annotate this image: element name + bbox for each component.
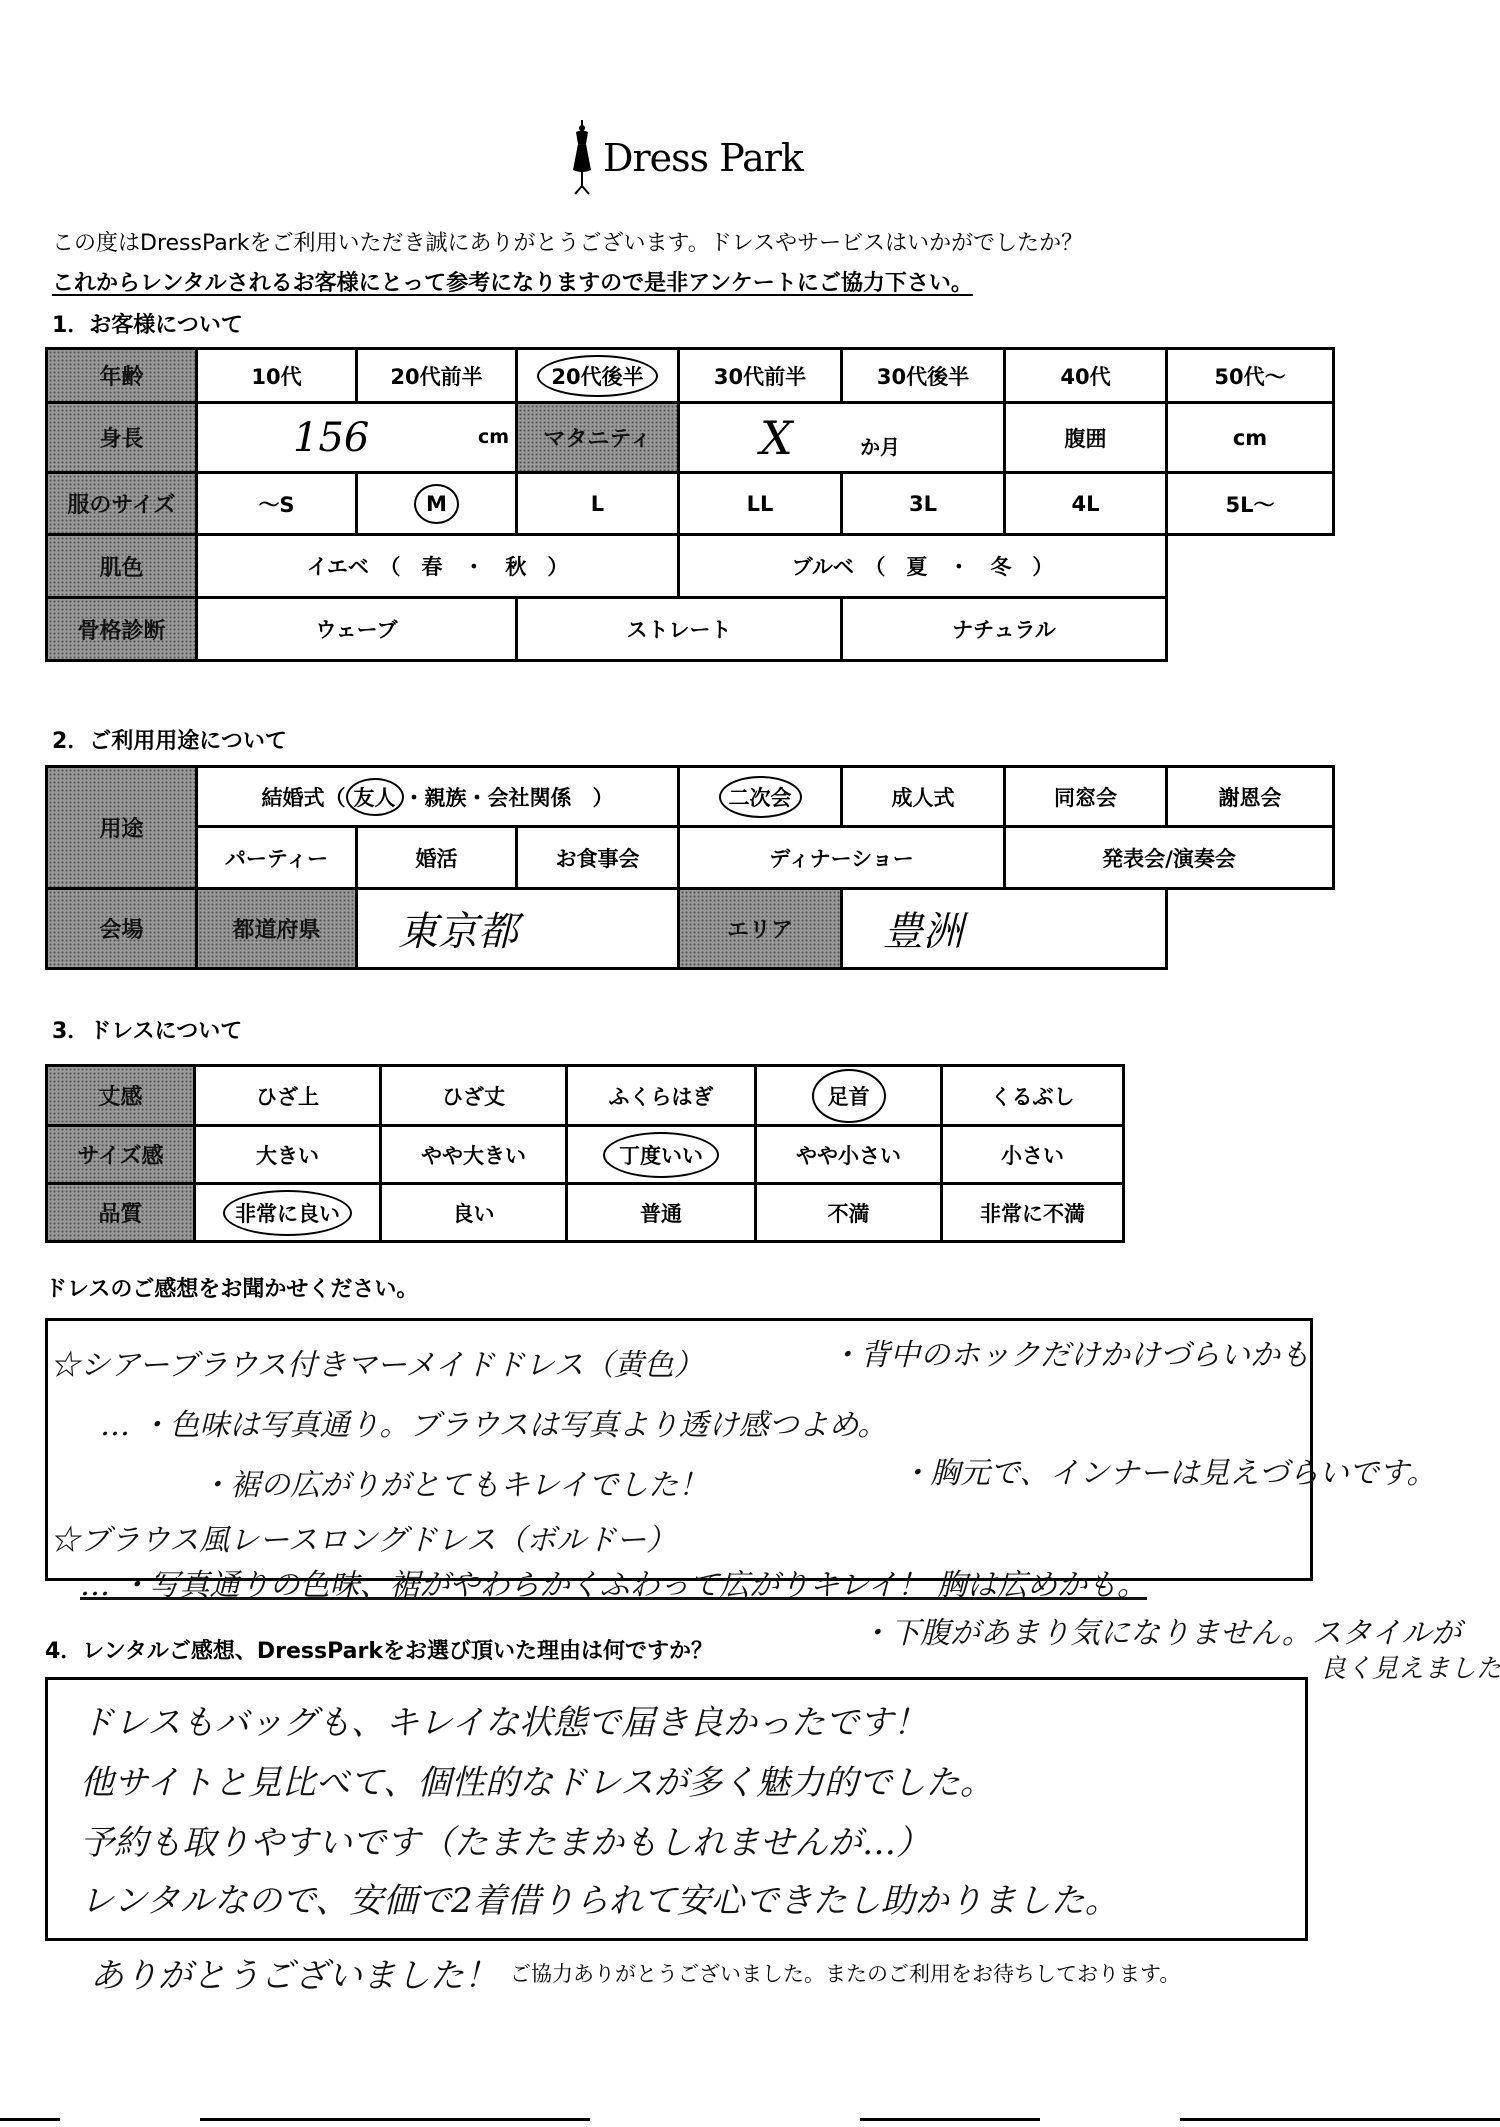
purpose-option-dinner-show[interactable]: ディナーショー	[679, 827, 1005, 889]
handwritten-thanks: ありがとうございました！	[90, 1948, 498, 1997]
selected-circle: 20代後半	[537, 355, 657, 397]
skeleton-option-straight[interactable]: ストレート	[517, 598, 842, 661]
waist-unit: cm	[1233, 426, 1267, 450]
usage-table: 用途 結婚式（友人・親族・会社関係 ） 二次会 成人式 同窓会 謝恩会 パーティ…	[45, 765, 1335, 970]
age-option-10s[interactable]: 10代	[197, 349, 357, 403]
size-option-5l[interactable]: 5L～	[1167, 473, 1334, 535]
scan-edge-line	[860, 2118, 1040, 2121]
quality-label: 品質	[47, 1184, 195, 1242]
request-text: これからレンタルされるお客様にとって参考になりますので是非アンケートにご協力下さ…	[52, 266, 973, 297]
section2-title: 2．ご利用用途について	[52, 724, 287, 755]
purpose-row-2: パーティー 婚活 お食事会 ディナーショー 発表会/演奏会	[47, 827, 1334, 889]
age-option-late-20s[interactable]: 20代後半	[517, 349, 679, 403]
quality-option-average[interactable]: 普通	[567, 1184, 756, 1242]
height-row: 身長 156 cm マタニティ X か月 腹囲 cm	[47, 403, 1334, 473]
section4-title: 4．レンタルご感想、DressParkをお選び頂いた理由は何ですか？	[45, 1634, 713, 1665]
height-label: 身長	[47, 403, 197, 473]
size-option-4l[interactable]: 4L	[1005, 473, 1167, 535]
quality-option-dissatisfied[interactable]: 不満	[756, 1184, 942, 1242]
fit-option-large[interactable]: 大きい	[195, 1126, 381, 1184]
skin-option-blue-base[interactable]: ブルベ （ 夏 ・ 冬 ）	[679, 535, 1167, 598]
answer-line: ドレスもバッグも、キレイな状態で届き良かったです！	[80, 1695, 927, 1744]
age-option-40s[interactable]: 40代	[1005, 349, 1167, 403]
length-option-ankle[interactable]: 足首	[756, 1066, 942, 1126]
printed-thanks: ご協力ありがとうございました。またのご利用をお待ちしております。	[510, 1958, 1180, 1988]
quality-option-good[interactable]: 良い	[381, 1184, 567, 1242]
length-option-above-knee[interactable]: ひざ上	[195, 1066, 381, 1126]
height-field[interactable]: 156 cm	[197, 403, 517, 473]
comment-line: … ・色味は写真通り。ブラウスは写真より透け感つよめ。	[100, 1400, 887, 1444]
skin-label: 肌色	[47, 535, 197, 598]
age-label: 年齢	[47, 349, 197, 403]
section3-title: 3．ドレスについて	[52, 1014, 242, 1045]
waist-field[interactable]: cm	[1167, 403, 1334, 473]
selected-circle: 丁度いい	[603, 1132, 719, 1178]
purpose-option-thank-you-party[interactable]: 謝恩会	[1167, 767, 1334, 827]
scan-edge-line	[1180, 2118, 1500, 2121]
comment-line: ☆ブラウス風レースロングドレス（ボルドー）	[50, 1515, 676, 1559]
maternity-unit: か月	[860, 435, 900, 459]
maternity-label: マタニティ	[517, 403, 679, 473]
comment-line: ・下腹があまり気になりません。スタイルが	[860, 1608, 1461, 1652]
comment-line: ・裾の広がりがとてもキレイでした！	[200, 1460, 708, 1504]
size-option-s[interactable]: ～S	[197, 473, 357, 535]
skeleton-option-wave[interactable]: ウェーブ	[197, 598, 517, 661]
venue-label: 会場	[47, 889, 197, 969]
comment-line: ☆シアーブラウス付きマーメイドドレス（黄色）	[50, 1340, 704, 1384]
intro-text: この度はDressParkをご利用いただき誠にありがとうございます。ドレスやサー…	[52, 226, 1083, 257]
scan-edge-line	[0, 2118, 60, 2121]
selected-circle: 足首	[812, 1069, 886, 1123]
area-field[interactable]: 豊洲	[842, 889, 1167, 969]
age-option-early-20s[interactable]: 20代前半	[357, 349, 517, 403]
purpose-option-wedding[interactable]: 結婚式（友人・親族・会社関係 ）	[197, 767, 679, 827]
wedding-suffix: ・親族・会社関係 ）	[404, 786, 614, 810]
length-option-below-ankle[interactable]: くるぶし	[942, 1066, 1124, 1126]
area-label: エリア	[679, 889, 842, 969]
purpose-row-1: 用途 結婚式（友人・親族・会社関係 ） 二次会 成人式 同窓会 謝恩会	[47, 767, 1334, 827]
selected-circle: M	[414, 484, 459, 524]
size-label: 服のサイズ	[47, 473, 197, 535]
prefecture-field[interactable]: 東京都	[357, 889, 679, 969]
height-value: 156	[293, 415, 369, 461]
purpose-option-konkatsu[interactable]: 婚活	[357, 827, 517, 889]
size-option-l[interactable]: L	[517, 473, 679, 535]
selected-circle: 友人	[346, 778, 404, 816]
dress-rating-table: 丈感 ひざ上 ひざ丈 ふくらはぎ 足首 くるぶし サイズ感 大きい やや大きい …	[45, 1064, 1125, 1243]
prefecture-value: 東京都	[398, 909, 518, 955]
length-label: 丈感	[47, 1066, 195, 1126]
size-option-m[interactable]: M	[357, 473, 517, 535]
maternity-field[interactable]: X か月	[679, 403, 1005, 473]
waist-label: 腹囲	[1005, 403, 1167, 473]
venue-row: 会場 都道府県 東京都 エリア 豊洲	[47, 889, 1334, 969]
size-option-3l[interactable]: 3L	[842, 473, 1005, 535]
age-option-50s-plus[interactable]: 50代～	[1167, 349, 1334, 403]
answer-line: 他サイトと見比べて、個性的なドレスが多く魅力的でした。	[80, 1755, 994, 1804]
comment-line: ・胸元で、インナーは見えづらいです。	[900, 1448, 1436, 1492]
maternity-value: X	[760, 411, 793, 465]
comment-line: … ・写真通りの色味、裾がやわらかくふわって広がりキレイ！ 胸は広めかも。	[80, 1560, 1147, 1604]
fit-label: サイズ感	[47, 1126, 195, 1184]
skeleton-row: 骨格診断 ウェーブ ストレート ナチュラル	[47, 598, 1334, 661]
fit-option-small[interactable]: 小さい	[942, 1126, 1124, 1184]
purpose-option-reunion[interactable]: 同窓会	[1005, 767, 1167, 827]
answer-line: レンタルなので、安価で2着借りられて安心できたし助かりました。	[80, 1873, 1119, 1922]
fit-option-slightly-large[interactable]: やや大きい	[381, 1126, 567, 1184]
length-option-knee[interactable]: ひざ丈	[381, 1066, 567, 1126]
purpose-label: 用途	[47, 767, 197, 889]
comment-line: 良く見えました	[1320, 1648, 1500, 1685]
skin-option-yellow-base[interactable]: イエベ （ 春 ・ 秋 ）	[197, 535, 679, 598]
dress-comment-prompt: ドレスのご感想をお聞かせください。	[45, 1272, 418, 1303]
fit-row: サイズ感 大きい やや大きい 丁度いい やや小さい 小さい	[47, 1126, 1124, 1184]
purpose-option-coming-of-age[interactable]: 成人式	[842, 767, 1005, 827]
prefecture-label: 都道府県	[197, 889, 357, 969]
purpose-option-party[interactable]: パーティー	[197, 827, 357, 889]
age-option-early-30s[interactable]: 30代前半	[679, 349, 842, 403]
quality-row: 品質 非常に良い 良い 普通 不満 非常に不満	[47, 1184, 1124, 1242]
section1-title: 1．お客様について	[52, 308, 243, 339]
selected-circle: 二次会	[719, 776, 802, 818]
purpose-option-recital[interactable]: 発表会/演奏会	[1005, 827, 1334, 889]
skeleton-label: 骨格診断	[47, 598, 197, 661]
answer-line: 予約も取りやすいです（たまたまかもしれませんが…）	[80, 1815, 930, 1864]
skeleton-option-natural[interactable]: ナチュラル	[842, 598, 1167, 661]
purpose-option-after-party[interactable]: 二次会	[679, 767, 842, 827]
customer-info-table: 年齢 10代 20代前半 20代後半 30代前半 30代後半 40代 50代～ …	[45, 347, 1335, 662]
fit-option-slightly-small[interactable]: やや小さい	[756, 1126, 942, 1184]
height-unit: cm	[478, 426, 509, 448]
skin-row: 肌色 イエベ （ 春 ・ 秋 ） ブルベ （ 夏 ・ 冬 ）	[47, 535, 1334, 598]
logo-text: Dress Park	[603, 136, 803, 180]
fit-option-just-right[interactable]: 丁度いい	[567, 1126, 756, 1184]
size-option-ll[interactable]: LL	[679, 473, 842, 535]
dresspark-logo: Dress Park	[565, 118, 805, 198]
length-row: 丈感 ひざ上 ひざ丈 ふくらはぎ 足首 くるぶし	[47, 1066, 1124, 1126]
wedding-prefix: 結婚式（	[262, 786, 346, 810]
dress-form-icon	[565, 118, 599, 198]
quality-option-very-good[interactable]: 非常に良い	[195, 1184, 381, 1242]
age-row: 年齢 10代 20代前半 20代後半 30代前半 30代後半 40代 50代～	[47, 349, 1334, 403]
scan-edge-line	[200, 2118, 590, 2121]
comment-line: ・背中のホックだけかけづらいかも	[830, 1330, 1310, 1374]
area-value: 豊洲	[883, 909, 963, 955]
length-option-calf[interactable]: ふくらはぎ	[567, 1066, 756, 1126]
age-option-late-30s[interactable]: 30代後半	[842, 349, 1005, 403]
quality-option-very-dissatisfied[interactable]: 非常に不満	[942, 1184, 1124, 1242]
selected-circle: 非常に良い	[223, 1190, 352, 1236]
size-row: 服のサイズ ～S M L LL 3L 4L 5L～	[47, 473, 1334, 535]
purpose-option-dinner[interactable]: お食事会	[517, 827, 679, 889]
